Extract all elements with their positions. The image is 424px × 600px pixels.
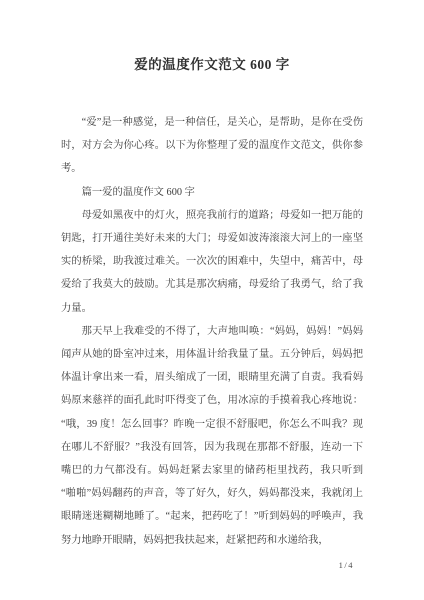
body-paragraph-2: 那天早上我难受的不得了，大声地叫唤：“妈妈，妈妈！”妈妈闻声从她的卧室冲过来，用… — [61, 320, 363, 552]
page-number: 1/4 — [339, 560, 354, 570]
document-title: 爱的温度作文范文 600 字 — [61, 56, 363, 73]
intro-paragraph: “爱”是一种感觉，是一种信任，是关心，是帮助，是你在受伤时，对方会为你心疼。以下… — [61, 111, 363, 181]
document-content: 爱的温度作文范文 600 字 “爱”是一种感觉，是一种信任，是关心，是帮助，是你… — [61, 56, 363, 552]
section-heading: 篇一爱的温度作文 600 字 — [61, 181, 363, 204]
body-paragraph-1: 母爱如黑夜中的灯火，照亮我前行的道路；母爱如一把万能的钥匙，打开通往美好未来的大… — [61, 204, 363, 320]
document-page: 爱的温度作文范文 600 字 “爱”是一种感觉，是一种信任，是关心，是帮助，是你… — [0, 0, 424, 600]
